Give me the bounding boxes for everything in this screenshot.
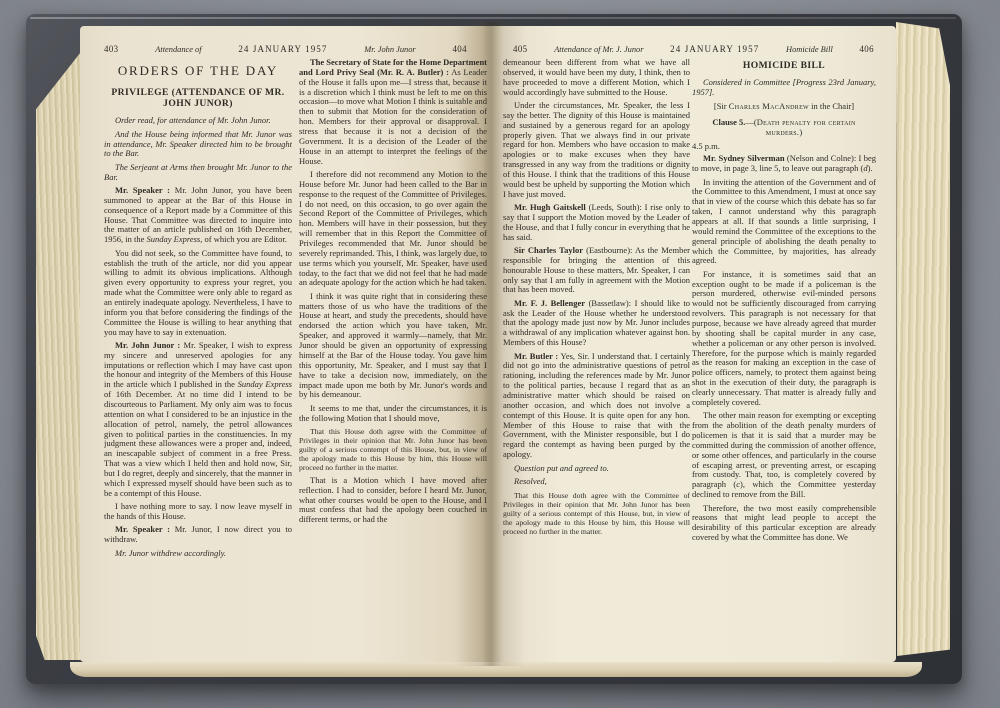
- running-title-left: Attendance of Mr. J. Junor: [554, 45, 643, 54]
- paragraph: Therefore, the two most easily comprehen…: [692, 504, 876, 543]
- paragraph: The other main reason for exempting or e…: [692, 411, 876, 500]
- section-heading: HOMICIDE BILL: [692, 60, 876, 71]
- paragraph: Mr. Butler : Yes, Sir. I understand that…: [503, 352, 690, 460]
- paragraph: Considered in Committee [Progress 23rd J…: [692, 78, 876, 98]
- paragraph: Mr. Hugh Gaitskell (Leeds, South): I ris…: [503, 203, 690, 242]
- paragraph: Mr. Speaker : Mr. John Junor, you have b…: [104, 186, 292, 245]
- paragraph: [Sir Charles MacAndrew in the Chair]: [692, 102, 876, 112]
- paragraph: That this House doth agree with the Comm…: [503, 491, 690, 536]
- page-number: 404: [452, 44, 467, 54]
- section-heading: ORDERS OF THE DAY: [104, 63, 292, 78]
- paragraph: Mr. Junor withdrew accordingly.: [104, 549, 292, 559]
- running-title-right: Homicide Bill: [786, 45, 833, 54]
- page-header-left: 403 Attendance of 24 JANUARY 1957 Mr. Jo…: [104, 44, 467, 54]
- right-page: 405 Attendance of Mr. J. Junor 24 JANUAR…: [489, 26, 896, 662]
- left-page-column-1: ORDERS OF THE DAYPRIVILEGE (ATTENDANCE O…: [104, 58, 292, 658]
- paragraph: Resolved,: [503, 477, 690, 487]
- paragraph: I have nothing more to say. I now leave …: [104, 502, 292, 522]
- paragraph: You did not seek, so the Committee have …: [104, 249, 292, 338]
- running-title-right: Mr. John Junor: [364, 45, 415, 54]
- paragraph: The Secretary of State for the Home Depa…: [299, 58, 487, 166]
- section-heading: PRIVILEGE (ATTENDANCE OF MR. JOHN JUNOR): [104, 87, 292, 109]
- paragraph: demeanour been different from what we ha…: [503, 58, 690, 97]
- paragraph: And the House being informed that Mr. Ju…: [104, 130, 292, 160]
- paragraph: Sir Charles Taylor (Eastbourne): As the …: [503, 246, 690, 295]
- paragraph: For instance, it is sometimes said that …: [692, 270, 876, 408]
- paragraph: Mr. Speaker : Mr. Junor, I now direct yo…: [104, 525, 292, 545]
- paragraph: The Serjeant at Arms then brought Mr. Ju…: [104, 163, 292, 183]
- paragraph: Under the circumstances, Mr. Speaker, th…: [503, 101, 690, 200]
- paragraph: Mr. F. J. Bellenger (Bassetlaw): I shoul…: [503, 299, 690, 348]
- left-page-column-2: The Secretary of State for the Home Depa…: [299, 58, 487, 658]
- paragraph: Order read, for attendance of Mr. John J…: [104, 116, 292, 126]
- page-edge-stack-right: [896, 22, 950, 656]
- paragraph: I think it was quite right that in consi…: [299, 292, 487, 400]
- paragraph: Clause 5.—(Death penalty for certain mur…: [698, 118, 870, 138]
- right-page-column-2: HOMICIDE BILLConsidered in Committee [Pr…: [692, 58, 876, 658]
- page-number: 403: [104, 44, 119, 54]
- header-date: 24 JANUARY 1957: [670, 44, 759, 54]
- page-number: 405: [513, 44, 528, 54]
- paragraph: Question put and agreed to.: [503, 464, 690, 474]
- paragraph: Mr. Sydney Silverman (Nelson and Colne):…: [692, 154, 876, 174]
- paragraph: It seems to me that, under the circumsta…: [299, 404, 487, 424]
- left-page: 403 Attendance of 24 JANUARY 1957 Mr. Jo…: [80, 26, 489, 662]
- running-title-left: Attendance of: [155, 45, 201, 54]
- paragraph: 4.5 p.m.: [692, 142, 876, 152]
- paragraph: In inviting the attention of the Governm…: [692, 178, 876, 267]
- photo-background: 403 Attendance of 24 JANUARY 1957 Mr. Jo…: [0, 0, 1000, 708]
- page-header-right: 405 Attendance of Mr. J. Junor 24 JANUAR…: [513, 44, 874, 54]
- paragraph: That this House doth agree with the Comm…: [299, 427, 487, 472]
- paragraph: Mr. John Junor : Mr. Speaker, I wish to …: [104, 341, 292, 499]
- right-page-column-1: demeanour been different from what we ha…: [503, 58, 690, 658]
- page-number: 406: [859, 44, 874, 54]
- paragraph: I therefore did not recommend any Motion…: [299, 170, 487, 288]
- paragraph: That is a Motion which I have moved afte…: [299, 476, 487, 525]
- page-curl-bottom: [70, 662, 922, 677]
- header-date: 24 JANUARY 1957: [238, 44, 327, 54]
- book: 403 Attendance of 24 JANUARY 1957 Mr. Jo…: [26, 14, 962, 684]
- page-edge-stack-left: [36, 48, 84, 660]
